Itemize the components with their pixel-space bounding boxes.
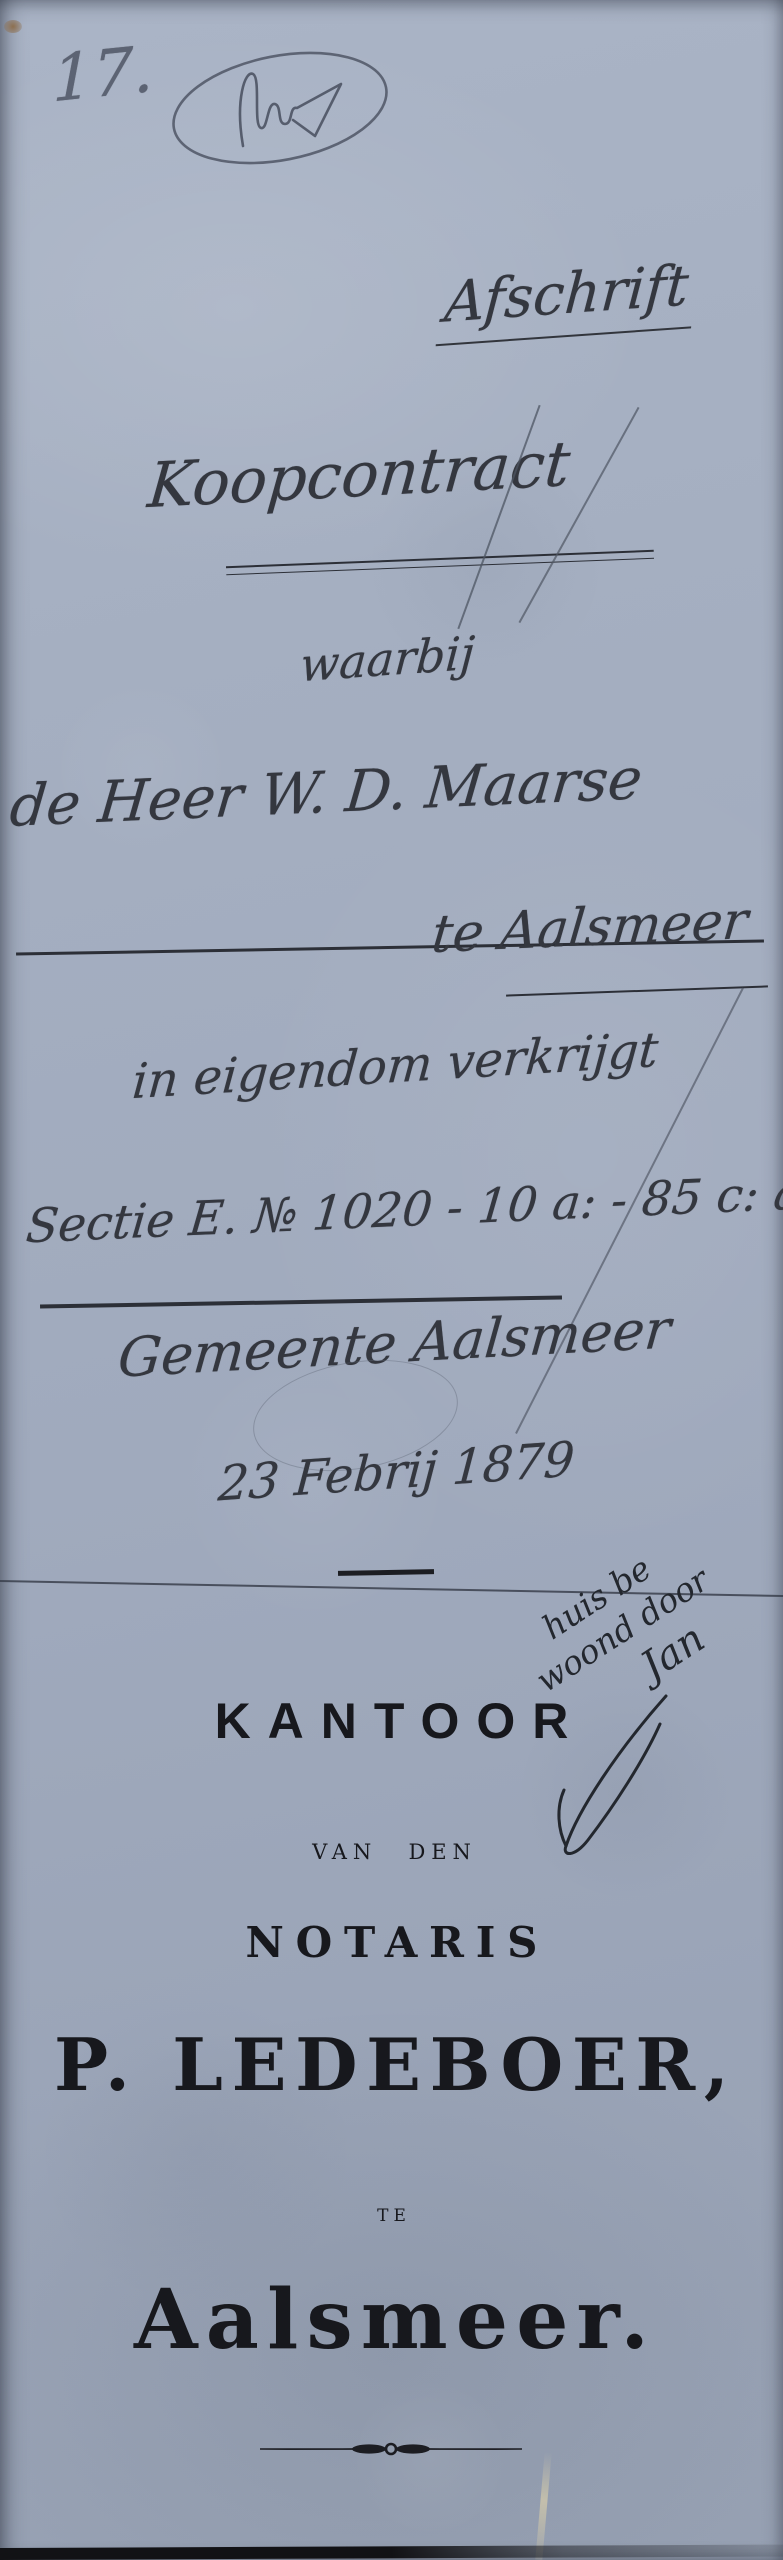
- waarbij-line: waarbij: [298, 626, 476, 693]
- buyer-place-line: te Aalsmeer: [429, 891, 750, 965]
- paper-crease: [535, 2452, 551, 2560]
- document-cover-page: 17. Afschrift Koopcontract waarbij de He…: [0, 0, 783, 2560]
- title-double-underline: [226, 550, 654, 575]
- afschrift-heading: Afschrift: [436, 253, 697, 346]
- pencil-folio-number: 17.: [52, 32, 153, 117]
- page-bottom-edge: [0, 2545, 783, 2560]
- place-underline: [506, 985, 768, 996]
- acquisition-line: in eigendom verkrijgt: [130, 1022, 660, 1111]
- center-dash-rule: [338, 1569, 434, 1576]
- ornament-rule-icon: [256, 2440, 526, 2458]
- printed-place-name: Aalsmeer.: [0, 2272, 783, 2368]
- paper-stain: [4, 20, 22, 33]
- buyer-name-line: de Heer W. D. Maarse: [7, 746, 645, 840]
- paraph-scribble-icon: [165, 40, 395, 175]
- cadastral-line: Sectie E. № 1020 - 10 a: - 85 c: a:: [24, 1165, 783, 1255]
- document-title: Koopcontract: [145, 427, 573, 523]
- notary-name: P. LEDEBOER,: [0, 2022, 783, 2107]
- kantoor-heading: KANTOOR: [0, 1692, 783, 1750]
- te-label: TE: [0, 2206, 783, 2226]
- van-den-label: VAN DEN: [0, 1840, 783, 1864]
- notaris-heading: NOTARIS: [0, 1918, 783, 1967]
